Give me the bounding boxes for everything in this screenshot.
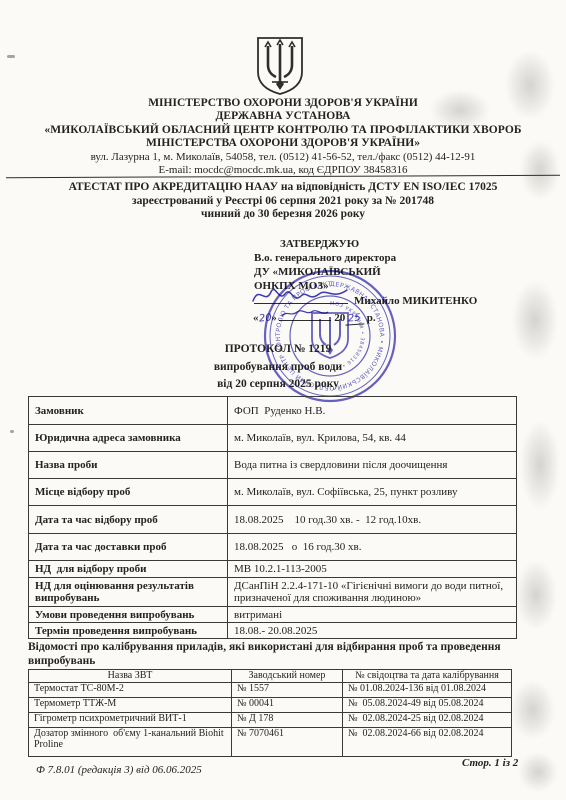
field-row: НД для відбору проби МВ 10.2.1-113-2005 [29,561,517,578]
field-label: Термін проведення випробувань [29,623,228,639]
calibration-row: Гігрометр психрометричний ВИТ-1 № Д 178 … [29,713,512,728]
scan-smudge [510,680,555,740]
device-name: Термометр ТТЖ-М [29,698,232,713]
calibration-row: Термометр ТТЖ-М № 00041 № 05.08.2024-49 … [29,698,512,713]
page-number: Стор. 1 із 2 [462,757,518,769]
field-value: Вода питна із свердловини після доочищен… [228,452,517,479]
field-value: 18.08.- 20.08.2025 [228,623,517,639]
col-header-serial: Заводський номер [232,670,343,683]
scan-smudge [520,420,560,510]
field-label: Замовник [29,397,228,425]
calibration-header-row: Назва ЗВТ Заводський номер № свідоцтва т… [29,670,512,683]
field-value: витримані [228,607,517,623]
address-line: вул. Лазурна 1, м. Миколаїв, 54058, тел.… [20,151,546,164]
device-certificate: № 02.08.2024-25 від 02.08.2024 [343,713,512,728]
field-value: МВ 10.2.1-113-2005 [228,561,517,578]
protocol-title-block: ПРОТОКОЛ № 1219 випробування проб води в… [188,341,368,394]
field-row: Юридична адреса замовника м. Миколаїв, в… [29,425,517,452]
document-header: МІНІСТЕРСТВО ОХОРОНИ ЗДОРОВ'Я УКРАЇНИ ДЕ… [20,97,546,177]
field-label: Юридична адреса замовника [29,425,228,452]
device-name: Термостат ТС-80М-2 [29,683,232,698]
approve-label: ЗАТВЕРДЖУЮ [280,237,534,251]
calibration-row: Термостат ТС-80М-2 № 1557 № 01.08.2024-1… [29,683,512,698]
org-name-line1: «МИКОЛАЇВСЬКИЙ ОБЛАСНИЙ ЦЕНТР КОНТРОЛЮ Т… [20,124,546,137]
field-value: 18.08.2025 10 год.30 хв. - 12 год.10хв. [228,506,517,534]
field-label: Назва проби [29,452,228,479]
sample-info-table: Замовник ФОП Руденко Н.В. Юридична адрес… [28,396,517,639]
field-label: НД для відбору проби [29,561,228,578]
calibration-row: Дозатор змінного об'єму 1-канальний Bioh… [29,728,512,757]
field-label: Дата та час відбору проб [29,506,228,534]
scan-smudge [518,752,558,792]
scan-speck [10,430,14,433]
col-header-device: Назва ЗВТ [29,670,232,683]
field-label: Умови проведення випробувань [29,607,228,623]
field-row: Місце відбору проб м. Миколаїв, вул. Соф… [29,479,517,506]
device-serial: № 00041 [232,698,343,713]
field-row: Дата та час відбору проб 18.08.2025 10 г… [29,506,517,534]
accreditation-line3: чинний до 30 березня 2026 року [20,208,546,222]
field-value: 18.08.2025 о 16 год.30 хв. [228,534,517,561]
field-row: Замовник ФОП Руденко Н.В. [29,397,517,425]
col-header-certificate: № свідоцтва та дата калібрування [343,670,512,683]
accreditation-block: АТЕСТАТ ПРО АКРЕДИТАЦІЮ НААУ на відповід… [20,181,546,222]
field-value: м. Миколаїв, вул. Софіївська, 25, пункт … [228,479,517,506]
field-label: НД для оцінювання результатів випробуван… [29,578,228,607]
org-name-line2: МІНІСТЕРСТВА ОХОРОНИ ЗДОРОВ'Я УКРАЇНИ» [20,137,546,150]
protocol-title: ПРОТОКОЛ № 1219 [188,341,368,359]
device-serial: № Д 178 [232,713,343,728]
accreditation-line2: зареєстрований у Реєстрі 06 серпня 2021 … [20,195,546,209]
field-row: Умови проведення випробувань витримані [29,607,517,623]
trident-base [276,79,284,90]
device-certificate: № 02.08.2024-66 від 02.08.2024 [343,728,512,757]
scan-speck [7,55,15,58]
calibration-heading: Відомості про калібрування приладів, які… [28,641,536,668]
device-certificate: № 05.08.2024-49 від 05.08.2024 [343,698,512,713]
device-name: Дозатор змінного об'єму 1-канальний Bioh… [29,728,232,757]
device-serial: № 1557 [232,683,343,698]
device-certificate: № 01.08.2024-136 від 01.08.2024 [343,683,512,698]
field-value: ДСанПіН 2.2.4-171-10 «Гігієнічні вимоги … [228,578,517,607]
field-value: ФОП Руденко Н.В. [228,397,517,425]
field-value: м. Миколаїв, вул. Крилова, 54, кв. 44 [228,425,517,452]
device-serial: № 7070461 [232,728,343,757]
ministry-line: МІНІСТЕРСТВО ОХОРОНИ ЗДОРОВ'Я УКРАЇНИ [20,97,546,110]
field-label: Дата та час доставки проб [29,534,228,561]
device-name: Гігрометр психрометричний ВИТ-1 [29,713,232,728]
form-reference: Ф 7.8.01 (редакція 3) від 06.06.2025 [36,764,202,776]
institution-line: ДЕРЖАВНА УСТАНОВА [20,110,546,123]
field-row: НД для оцінювання результатів випробуван… [29,578,517,607]
scan-smudge [515,560,557,630]
scanned-protocol-document: МІНІСТЕРСТВО ОХОРОНИ ЗДОРОВ'Я УКРАЇНИ ДЕ… [0,0,566,800]
field-row: Дата та час доставки проб 18.08.2025 о 1… [29,534,517,561]
accreditation-line1: АТЕСТАТ ПРО АКРЕДИТАЦІЮ НААУ на відповід… [20,181,546,195]
field-row: Термін проведення випробувань 18.08.- 20… [29,623,517,639]
ukraine-trident-emblem [254,36,306,96]
approver-position-line1: В.о. генерального директора [254,251,534,265]
protocol-date: від 20 серпня 2025 року [188,376,368,394]
calibration-table: Назва ЗВТ Заводський номер № свідоцтва т… [28,669,512,757]
protocol-subtitle: випробування проб води [188,359,368,377]
field-row: Назва проби Вода питна із свердловини пі… [29,452,517,479]
field-label: Місце відбору проб [29,479,228,506]
